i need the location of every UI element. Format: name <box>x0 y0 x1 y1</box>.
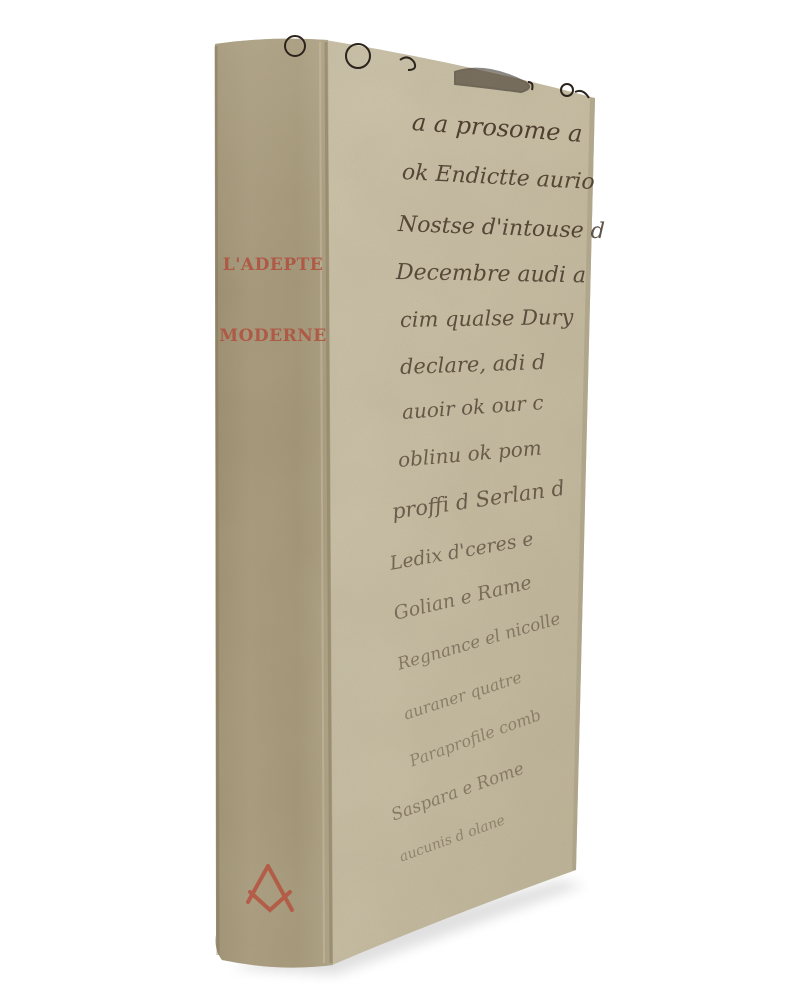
spine-title-line-1: L'ADEPTE <box>218 255 328 275</box>
product-photo: L'ADEPTE MODERNE a a prosome a ok Endict… <box>0 0 800 1000</box>
spine-title-line-2: MODERNE <box>218 326 328 346</box>
manuscript-line: declare, adi d <box>400 350 546 379</box>
manuscript-line: Decembre audi a <box>396 260 586 288</box>
manuscript-line: cim qualse Dury <box>400 305 574 332</box>
